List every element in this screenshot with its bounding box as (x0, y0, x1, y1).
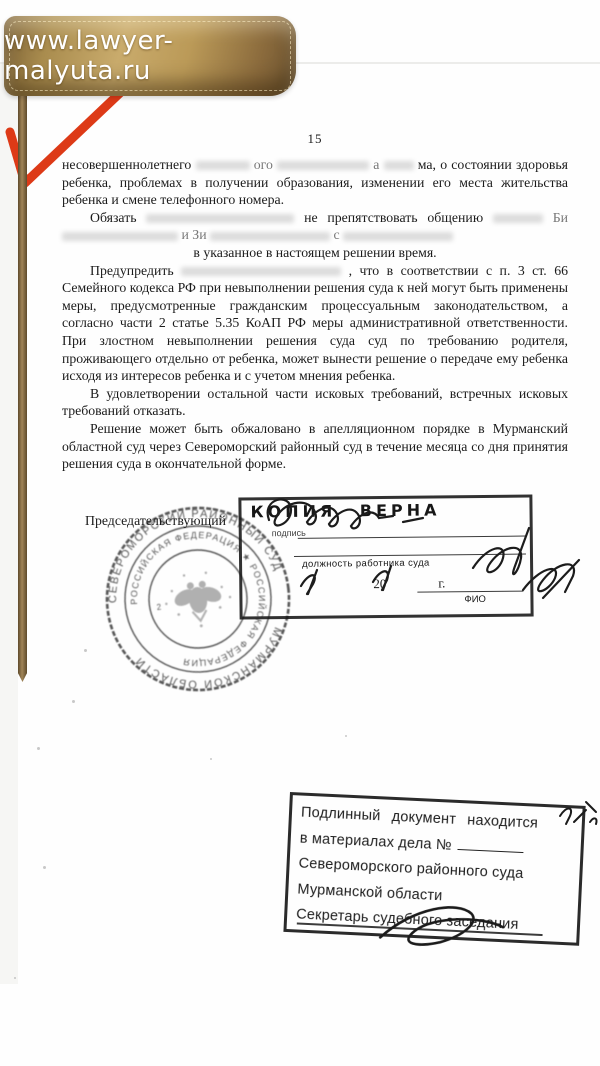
p3-text: , что в соответствии с п. 3 ст. 66 Семей… (62, 263, 568, 384)
paragraph-3: Предупредить , что в соответствии с п. 3… (62, 262, 568, 385)
page-number: 15 (62, 131, 568, 147)
p1-remnant: ого (254, 157, 273, 172)
paragraph-2-centered: в указанное в настоящем решении время. (62, 244, 568, 262)
p1-text: несовершеннолетнего (62, 157, 191, 172)
paragraph-5: Решение может быть обжаловано в апелляци… (62, 420, 568, 473)
p2-text: Обязать (90, 210, 137, 225)
paragraph-4: В удовлетворении остальной части исковых… (62, 385, 568, 420)
paragraph-2: Обязать не препятствовать общению Би и З… (62, 209, 568, 244)
signature-stroke (268, 499, 393, 528)
redaction (210, 232, 330, 241)
redaction (181, 267, 341, 276)
signature-stroke (523, 564, 574, 592)
scan-speck (14, 977, 16, 979)
seal-coat-of-arms (162, 569, 235, 631)
case-number-scribble (556, 794, 600, 838)
p3-text: Предупредить (90, 263, 174, 278)
banner-tail (18, 92, 27, 682)
scan-speck (72, 700, 75, 703)
redaction (384, 161, 414, 170)
redaction (146, 214, 294, 223)
p2-remnant: и Зи (181, 227, 206, 242)
handwritten-signatures (225, 488, 595, 628)
site-url: www.lawyer-malyuta.ru (4, 26, 296, 86)
paragraph-1: несовершеннолетнего ого а ма, о состояни… (62, 156, 568, 209)
scan-speck (84, 649, 87, 652)
redaction (343, 232, 453, 241)
site-banner: www.lawyer-malyuta.ru (4, 16, 296, 96)
scanned-document-page: www.lawyer-malyuta.ru 15 несовершеннолет… (0, 0, 600, 1066)
p2-remnant: с (334, 227, 340, 242)
signature-stroke (301, 570, 317, 594)
scan-speck (210, 758, 212, 760)
p1-remnant: а (373, 157, 379, 172)
redaction (196, 161, 250, 170)
original-document-stamp: Подлинный документ находится в материала… (283, 792, 585, 946)
p2-remnant: Би (553, 210, 568, 225)
case-number-blank (457, 836, 524, 852)
p2-text: не препятствовать общению (304, 210, 483, 225)
scan-speck (37, 747, 40, 750)
signature-stroke (373, 566, 391, 590)
signature-stroke (403, 518, 423, 522)
redaction (277, 161, 369, 170)
seal-number: 2 (156, 603, 162, 613)
scan-speck (43, 866, 46, 869)
scan-speck (345, 735, 347, 737)
document-body: 15 несовершеннолетнего ого а ма, о состо… (62, 131, 568, 473)
redaction (493, 214, 543, 223)
signature-stroke (473, 528, 529, 574)
redaction (62, 232, 178, 241)
secretary-signature (370, 895, 522, 956)
